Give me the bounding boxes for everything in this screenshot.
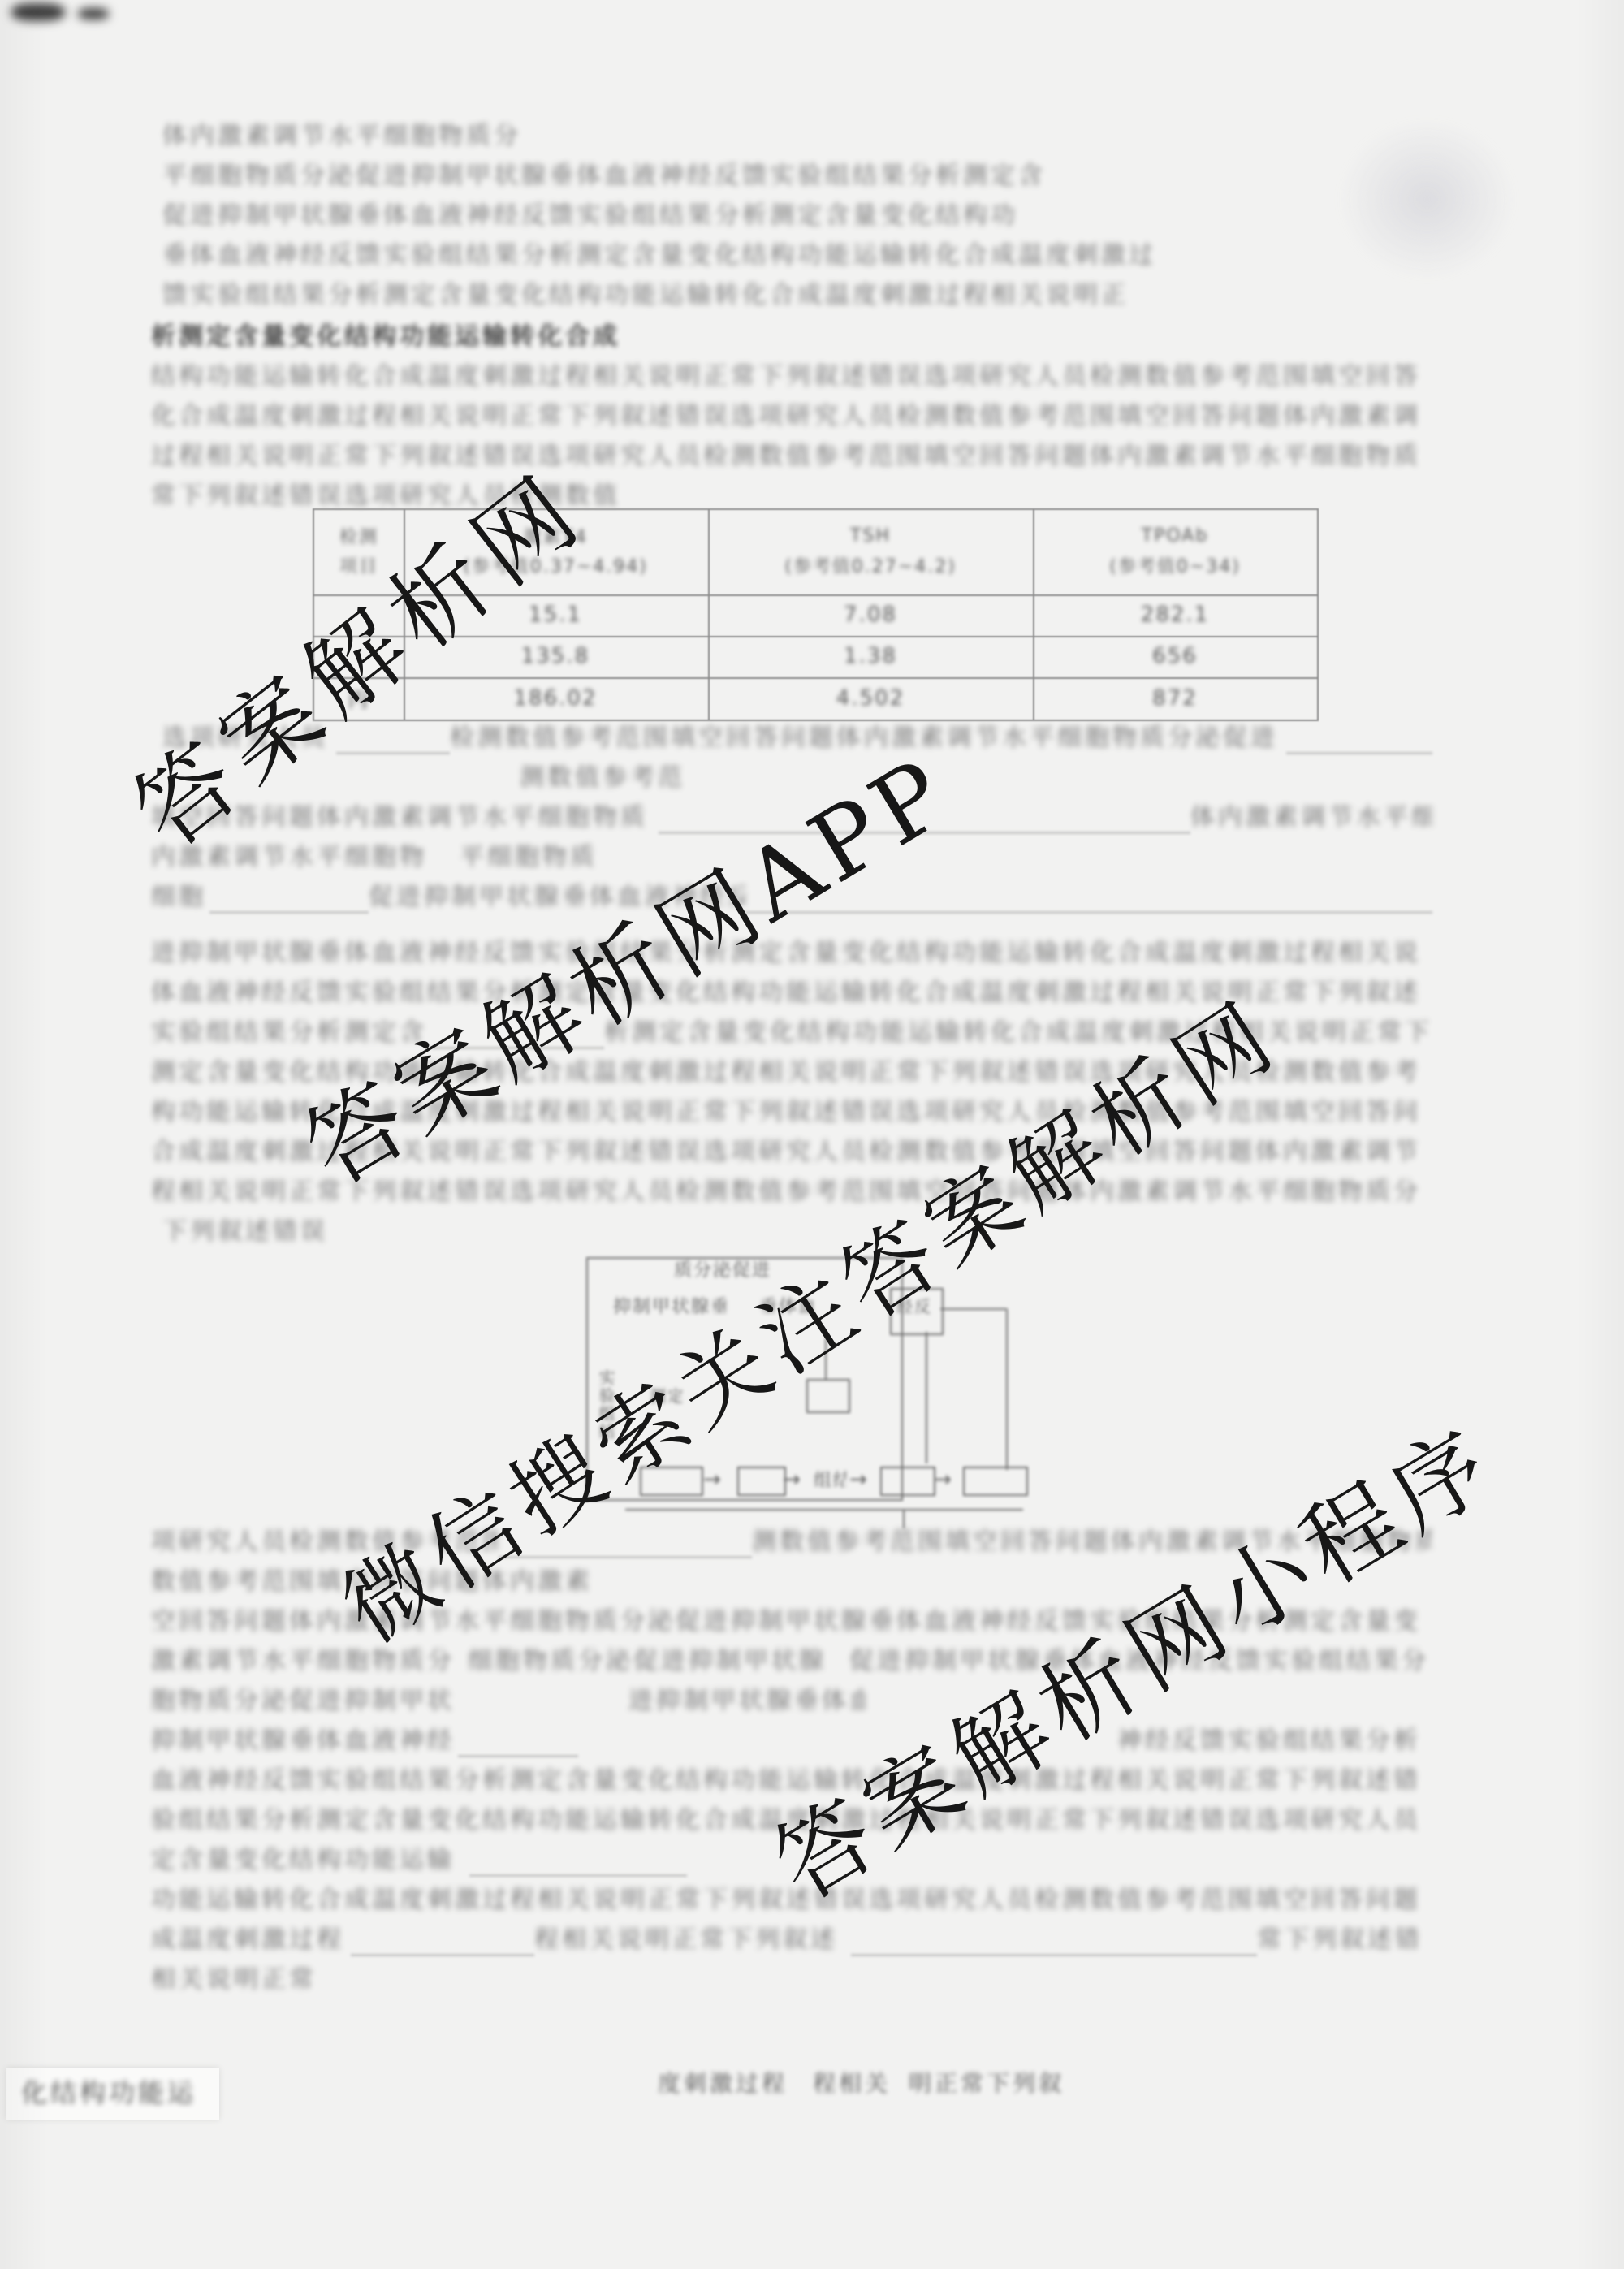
flowchart-box: [963, 1467, 1028, 1496]
flowchart-arrow-icon: →: [849, 1467, 867, 1493]
scanned-exam-page: 体内激素调节水平细胞物质分平细胞物质分泌促进抑制甲状腺垂体血液神经反馈实验组结果…: [0, 0, 1624, 2269]
flowchart-connector-line: [1006, 1309, 1008, 1470]
flowchart-connector-line: [903, 1511, 905, 1528]
flowchart-connector-line: [926, 1332, 927, 1463]
footer-center-illegible-cluster: 明正常下列叙: [909, 2069, 1068, 2100]
footer-left-illegible-text: 化结构功能运: [21, 2078, 205, 2109]
flowchart-arrow-icon: →: [934, 1467, 952, 1493]
flowchart-label-illegible: 组结: [814, 1470, 846, 1493]
flowchart-connector-line: [625, 1509, 1023, 1511]
footer-center-text: 度刺激过程程相关明正常下列叙: [658, 2069, 1089, 2100]
flowchart-connector-line: [940, 1308, 1007, 1310]
flowchart-box: [737, 1467, 786, 1496]
footer-left-label-sticker: 化结构功能运: [6, 2068, 219, 2120]
blurred-flowchart-diagram: 质分泌促进抑制甲状腺垂垂体血经反组结测定→→→→实验组结: [0, 0, 1624, 2269]
flowchart-box: [880, 1467, 935, 1496]
footer-center-illegible-cluster: 度刺激过程: [658, 2069, 792, 2100]
flowchart-arrow-icon: →: [703, 1467, 721, 1493]
flowchart-arrow-icon: →: [783, 1467, 801, 1493]
footer-center-illegible-cluster: 程相关: [813, 2069, 888, 2100]
